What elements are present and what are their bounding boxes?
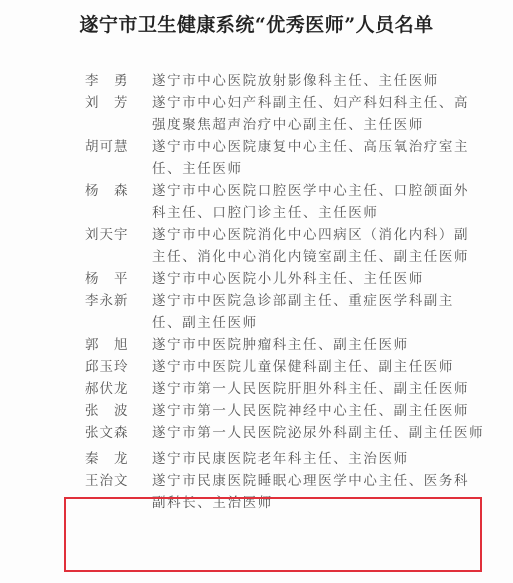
doctor-title-cont: 强度聚焦超声治疗中心副主任、主任医师 xyxy=(152,114,424,136)
doctor-title: 遂宁市中心妇产科副主任、妇产科妇科主任、高 xyxy=(152,92,469,114)
doctor-name: 李 勇 xyxy=(85,70,145,92)
doctor-title: 遂宁市中心医院消化中心四病区（消化内科）副 xyxy=(152,224,469,246)
list-item: 刘天宇遂宁市中心医院消化中心四病区（消化内科）副 主任、消化中心消化内镜室副主任… xyxy=(0,224,513,268)
doctor-name: 杨 平 xyxy=(85,268,145,290)
doctor-name: 胡可慧 xyxy=(85,136,145,158)
doctor-name: 刘天宇 xyxy=(85,224,145,246)
list-item: 杨 平遂宁市中心医院小儿外科主任、主任医师 xyxy=(0,268,513,290)
doctor-title: 遂宁市中医院肿瘤科主任、副主任医师 xyxy=(152,334,409,356)
doctor-title: 遂宁市第一人民医院肝胆外科主任、副主任医师 xyxy=(152,378,469,400)
doctor-name: 刘 芳 xyxy=(85,92,145,114)
doctor-name: 郝伏龙 xyxy=(85,378,145,400)
doctor-title: 遂宁市中心医院康复中心主任、高压氧治疗室主 xyxy=(152,136,469,158)
list-item: 郝伏龙遂宁市第一人民医院肝胆外科主任、副主任医师 xyxy=(0,378,513,400)
highlight-box xyxy=(64,497,482,572)
doctor-name: 王治文 xyxy=(85,470,145,492)
list-item: 杨 森遂宁市中心医院口腔医学中心主任、口腔颌面外 科主任、口腔门诊主任、主任医师 xyxy=(0,180,513,224)
doctor-name: 李永新 xyxy=(85,290,145,312)
doctor-name: 张文森 xyxy=(85,422,145,444)
doctor-name: 邱玉玲 xyxy=(85,356,145,378)
list-item: 李 勇遂宁市中心医院放射影像科主任、主任医师 xyxy=(0,70,513,92)
doctor-title-cont: 任、副主任医师 xyxy=(152,312,258,334)
doctor-name: 秦 龙 xyxy=(85,448,145,470)
doctor-title-cont: 科主任、口腔门诊主任、主任医师 xyxy=(152,202,379,224)
doctor-name: 杨 森 xyxy=(85,180,145,202)
doctor-title: 遂宁市中医院儿童保健科副主任、副主任医师 xyxy=(152,356,454,378)
doctor-title-cont: 任、主任医师 xyxy=(152,158,243,180)
doctor-title: 遂宁市中心医院小儿外科主任、主任医师 xyxy=(152,268,424,290)
doctor-title: 遂宁市民康医院老年科主任、主治医师 xyxy=(152,448,409,470)
list-item: 刘 芳遂宁市中心妇产科副主任、妇产科妇科主任、高 强度聚焦超声治疗中心副主任、主… xyxy=(0,92,513,136)
list-item: 胡可慧遂宁市中心医院康复中心主任、高压氧治疗室主 任、主任医师 xyxy=(0,136,513,180)
doctor-title: 遂宁市中心医院放射影像科主任、主任医师 xyxy=(152,70,439,92)
doctor-title: 遂宁市第一人民医院神经中心主任、副主任医师 xyxy=(152,400,469,422)
doctor-title-cont: 主任、消化中心消化内镜室副主任、副主任医师 xyxy=(152,246,469,268)
list-item: 张 波遂宁市第一人民医院神经中心主任、副主任医师 xyxy=(0,400,513,422)
doctor-title: 遂宁市第一人民医院泌尿外科副主任、副主任医师 xyxy=(152,422,484,444)
list-item: 邱玉玲遂宁市中医院儿童保健科副主任、副主任医师 xyxy=(0,356,513,378)
doctor-title: 遂宁市中心医院口腔医学中心主任、口腔颌面外 xyxy=(152,180,469,202)
doctor-name: 郭 旭 xyxy=(85,334,145,356)
list-item: 李永新遂宁市中医院急诊部副主任、重症医学科副主 任、副主任医师 xyxy=(0,290,513,334)
doctor-list: 李 勇遂宁市中心医院放射影像科主任、主任医师 刘 芳遂宁市中心妇产科副主任、妇产… xyxy=(0,70,513,514)
list-item: 张文森遂宁市第一人民医院泌尿外科副主任、副主任医师 xyxy=(0,422,513,444)
doctor-name: 张 波 xyxy=(85,400,145,422)
document-title: 遂宁市卫生健康系统“优秀医师”人员名单 xyxy=(0,10,513,37)
doctor-title: 遂宁市中医院急诊部副主任、重症医学科副主 xyxy=(152,290,454,312)
list-item: 秦 龙遂宁市民康医院老年科主任、主治医师 xyxy=(0,448,513,470)
doctor-title: 遂宁市民康医院睡眠心理医学中心主任、医务科 xyxy=(152,470,469,492)
list-item: 郭 旭遂宁市中医院肿瘤科主任、副主任医师 xyxy=(0,334,513,356)
